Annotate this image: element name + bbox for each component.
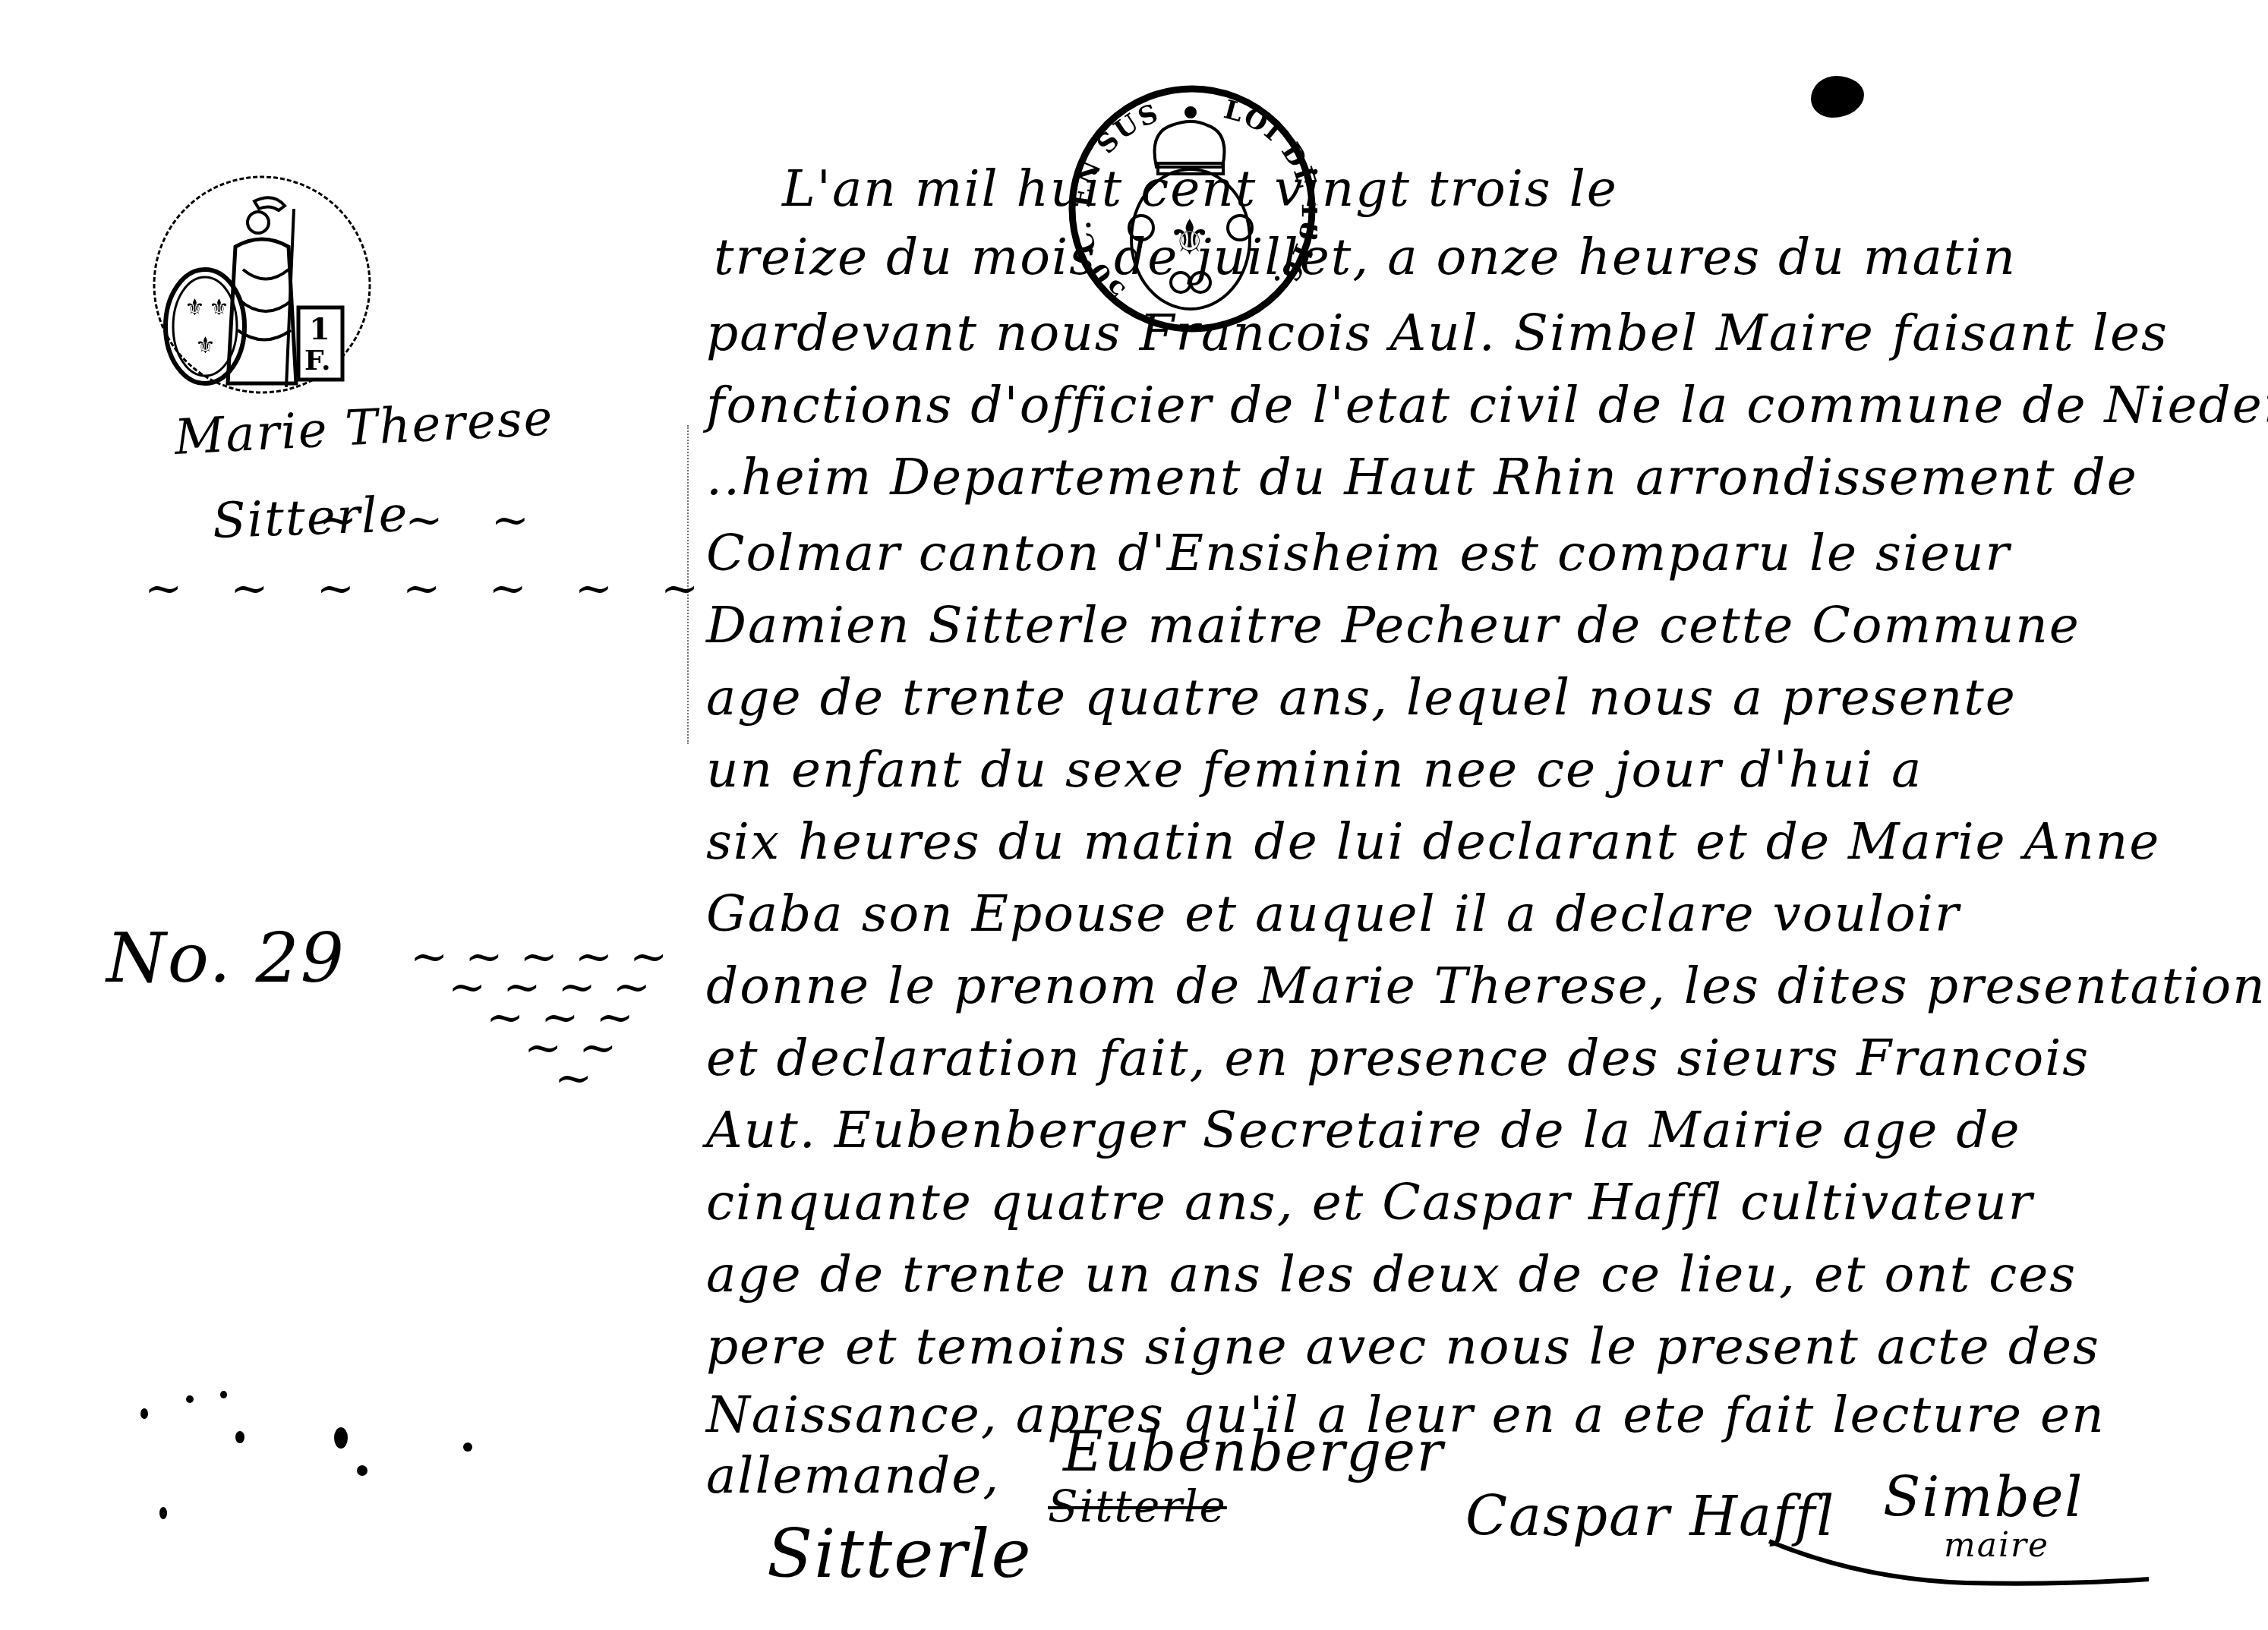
body-line: Colmar canton d'Ensisheim est comparu le… bbox=[706, 524, 2011, 582]
ink-speck bbox=[186, 1395, 194, 1403]
ink-speck bbox=[140, 1408, 148, 1419]
signature-mayor: Simbel bbox=[1883, 1465, 2083, 1529]
margin-rule bbox=[687, 425, 690, 744]
body-line: L'an mil huit cent vingt trois le bbox=[782, 159, 1618, 218]
body-line: age de trente quatre ans, lequel nous a … bbox=[706, 668, 2017, 727]
signature-secretary: Eubenberger bbox=[1063, 1420, 1444, 1483]
body-line: Damien Sitterle maitre Pecheur de cette … bbox=[706, 596, 2080, 654]
body-line: et declaration fait, en presence des sie… bbox=[706, 1029, 2090, 1087]
body-line: ..heim Departement du Haut Rhin arrondis… bbox=[706, 448, 2138, 506]
body-line: treize du mois de juillet, a onze heures… bbox=[714, 228, 2017, 286]
body-line: Gaba son Epouse et auquel il a declare v… bbox=[706, 884, 1960, 943]
body-line: six heures du matin de lui declarant et … bbox=[706, 812, 2160, 871]
body-line: allemande, bbox=[706, 1446, 1000, 1505]
body-line: fonctions d'officier de l'etat civil de … bbox=[706, 376, 2268, 434]
body-line: un enfant du sexe feminin nee ce jour d'… bbox=[706, 740, 1923, 799]
ink-blot bbox=[1811, 76, 1864, 118]
stamp-value-bottom: F. bbox=[304, 345, 330, 377]
mayor-flourish-icon bbox=[1762, 1534, 2156, 1594]
body-line: Aut. Eubenberger Secretaire de la Mairie… bbox=[706, 1101, 2021, 1159]
ink-speck bbox=[463, 1442, 472, 1452]
record-number: No. 29 bbox=[106, 919, 345, 998]
ink-speck bbox=[159, 1507, 167, 1519]
ink-speck bbox=[220, 1391, 227, 1398]
margin-name-line1: Marie Therese bbox=[173, 390, 555, 466]
ink-speck bbox=[357, 1465, 367, 1476]
svg-text:⚜: ⚜ bbox=[185, 295, 205, 321]
ink-speck bbox=[334, 1427, 348, 1449]
margin-filler: ~ ~ ~ bbox=[319, 493, 546, 547]
margin-filler: ~ ~ ~ ~ ~ ~ ~ bbox=[144, 562, 715, 615]
tax-stamp-icon: ⚜ ⚜ ⚜ 1 F. bbox=[148, 171, 376, 399]
body-line: pere et temoins signe avec nous le prese… bbox=[706, 1317, 2100, 1376]
body-line: cinquante quatre ans, et Caspar Haffl cu… bbox=[706, 1173, 2033, 1231]
stamp-value-top: 1 bbox=[309, 311, 330, 347]
margin-filler: ~ bbox=[554, 1051, 609, 1105]
ink-speck bbox=[235, 1431, 244, 1443]
signature-struck: Sitterle bbox=[1048, 1480, 1227, 1532]
svg-text:⚜: ⚜ bbox=[195, 333, 216, 359]
document-page: ⚜ ⚜ ⚜ 1 F. 50 C. EN SUS LOI DE 1816. ⚜ bbox=[0, 0, 2268, 1630]
signature-father: Sitterle bbox=[767, 1515, 1033, 1593]
body-line: age de trente un ans les deux de ce lieu… bbox=[706, 1245, 2077, 1304]
svg-text:⚜: ⚜ bbox=[209, 295, 229, 321]
body-line: pardevant nous Francois Aul. Simbel Mair… bbox=[706, 304, 2169, 362]
body-line: donne le prenom de Marie Therese, les di… bbox=[706, 957, 2266, 1015]
